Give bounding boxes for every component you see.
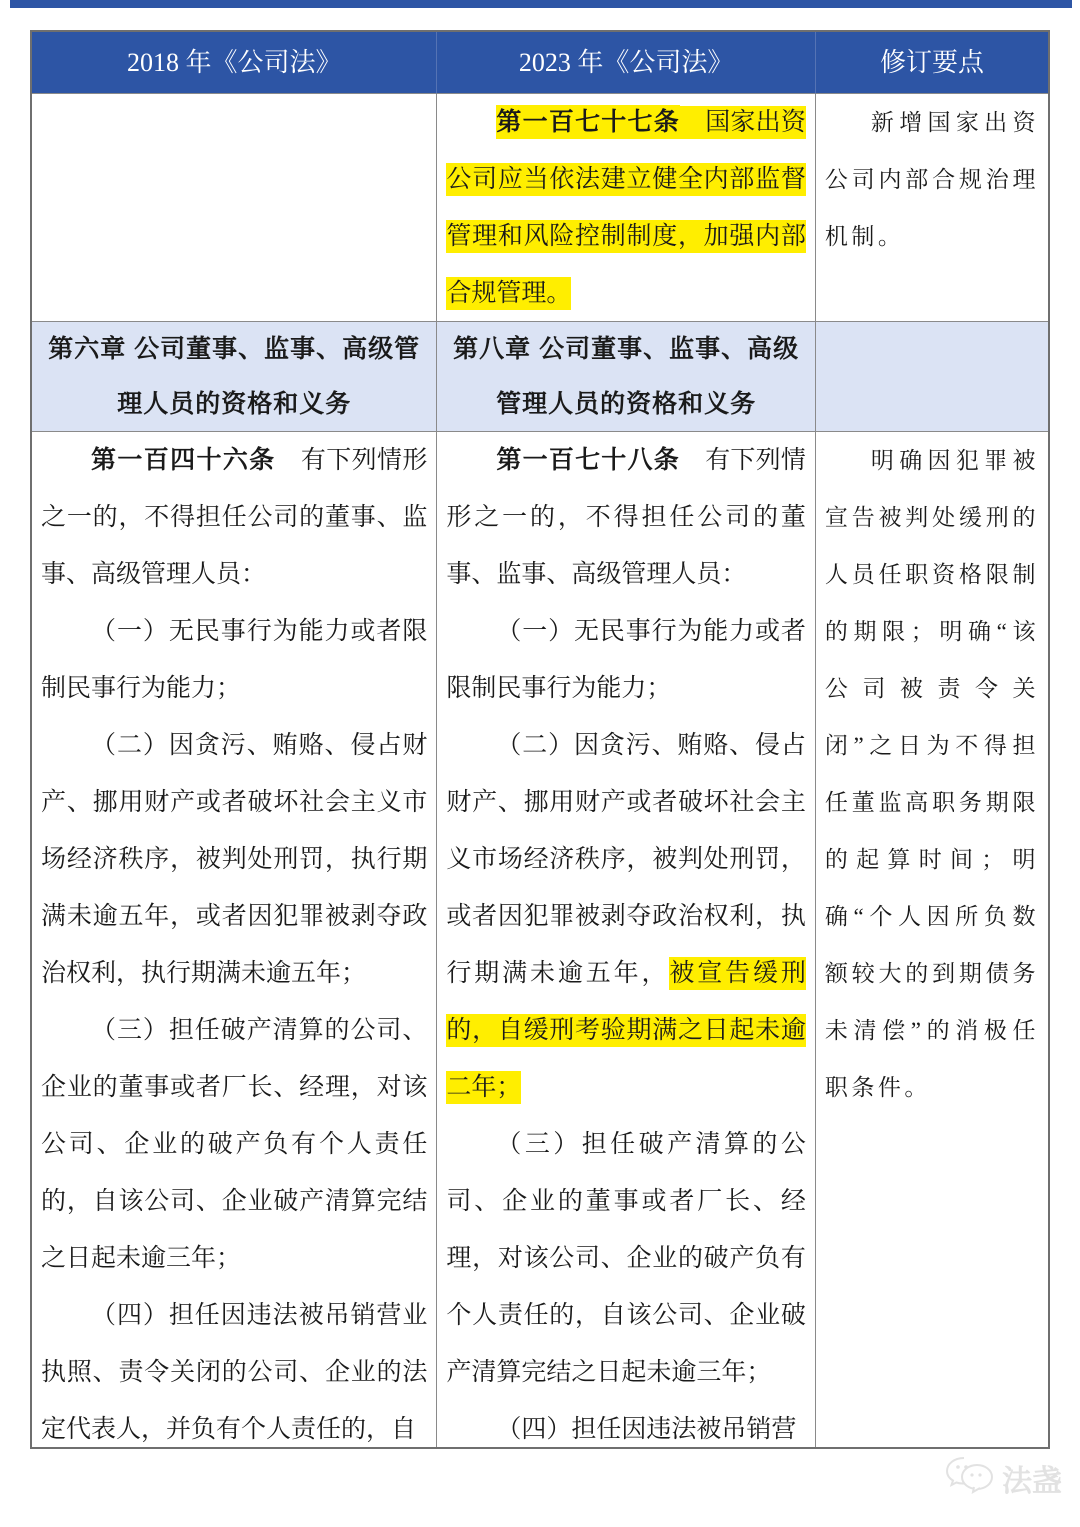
paragraph: （一）无民事行为能力或者限制民事行为能力； bbox=[41, 603, 427, 717]
text-segment: 第一百四十六条 bbox=[91, 446, 276, 474]
text-segment: （四）担任因违法被吊销营业执照、责令关闭的公司、企业的法定代表人，并负有个人责任… bbox=[41, 1302, 427, 1443]
watermark: 法盏 bbox=[944, 1455, 1062, 1500]
paragraph: 新增国家出资公司内部合规治理机制。 bbox=[825, 94, 1039, 265]
paragraph: （四）担任因违法被吊销营业执照、责令关闭的公司、企业的法定代表人，并负有个人责任… bbox=[41, 1287, 427, 1447]
previous-row-remnant-strip bbox=[10, 0, 1072, 8]
text-segment: 新增国家出资公司内部合规治理机制。 bbox=[825, 110, 1039, 249]
text-segment: （四）担任因违法被吊销营 bbox=[496, 1416, 796, 1443]
row-article-177: 第一百七十七条 国家出资公司应当依法建立健全内部监督管理和风险控制制度，加强内部… bbox=[32, 94, 1048, 322]
row-chapter-headers-cell-2 bbox=[816, 322, 1048, 432]
header-2023-law: 2023 年《公司法》 bbox=[437, 32, 816, 94]
row-chapter-headers-cell-1: 第八章 公司董事、监事、高级管理人员的资格和义务 bbox=[437, 322, 816, 432]
row-chapter-headers: 第六章 公司董事、监事、高级管理人员的资格和义务第八章 公司董事、监事、高级管理… bbox=[32, 322, 1048, 432]
wechat-bubbles-icon bbox=[944, 1455, 996, 1500]
paragraph: （二）因贪污、贿赂、侵占财产、挪用财产或者破坏社会主义市场经济秩序，被判处刑罚，… bbox=[41, 717, 427, 1002]
row-article-177-cell-1: 第一百七十七条 国家出资公司应当依法建立健全内部监督管理和风险控制制度，加强内部… bbox=[437, 94, 816, 322]
text-segment: （一）无民事行为能力或者限制民事行为能力； bbox=[41, 618, 427, 702]
text-segment: 第六章 公司董事、监事、高级管理人员的资格和义务 bbox=[48, 335, 420, 418]
text-segment: 明确因犯罪被宣告被判处缓刑的人员任职资格限制的期限；明确“该公司被责令关闭”之日… bbox=[825, 448, 1039, 1100]
paragraph: 第八章 公司董事、监事、高级管理人员的资格和义务 bbox=[446, 322, 806, 432]
header-2018-law: 2018 年《公司法》 bbox=[32, 32, 437, 94]
row-article-146-178: 第一百四十六条 有下列情形之一的，不得担任公司的董事、监事、高级管理人员：（一）… bbox=[32, 432, 1048, 1447]
paragraph: （三）担任破产清算的公司、企业的董事或者厂长、经理，对该公司、企业的破产负有个人… bbox=[446, 1116, 806, 1401]
paragraph: 第一百七十八条 有下列情形之一的，不得担任公司的董事、监事、高级管理人员： bbox=[446, 432, 806, 603]
text-segment: 第八章 公司董事、监事、高级管理人员的资格和义务 bbox=[453, 335, 799, 418]
paragraph: （二）因贪污、贿赂、侵占财产、挪用财产或者破坏社会主义市场经济秩序，被判处刑罚，… bbox=[446, 717, 806, 1116]
row-article-177-cell-0 bbox=[32, 94, 437, 322]
row-article-146-178-cell-1: 第一百七十八条 有下列情形之一的，不得担任公司的董事、监事、高级管理人员：（一）… bbox=[437, 432, 816, 1447]
paragraph: （一）无民事行为能力或者限制民事行为能力； bbox=[446, 603, 806, 717]
text-segment: （二）因贪污、贿赂、侵占财产、挪用财产或者破坏社会主义市场经济秩序，被判处刑罚，… bbox=[446, 732, 806, 987]
table-header-row: 2018 年《公司法》 2023 年《公司法》 修订要点 bbox=[32, 32, 1048, 94]
law-comparison-table: 2018 年《公司法》 2023 年《公司法》 修订要点 第一百七十七条 国家出… bbox=[30, 30, 1050, 1449]
table-body: 第一百七十七条 国家出资公司应当依法建立健全内部监督管理和风险控制制度，加强内部… bbox=[32, 94, 1048, 1447]
text-segment: （三）担任破产清算的公司、企业的董事或者厂长、经理，对该公司、企业的破产负有个人… bbox=[41, 1017, 427, 1272]
text-segment: （一）无民事行为能力或者限制民事行为能力； bbox=[446, 618, 806, 702]
highlighted-text: 第一百七十七条 bbox=[496, 105, 680, 139]
paragraph: 第六章 公司董事、监事、高级管理人员的资格和义务 bbox=[41, 322, 427, 432]
header-revision-points: 修订要点 bbox=[816, 32, 1048, 94]
paragraph: （四）担任因违法被吊销营 bbox=[446, 1401, 806, 1447]
text-segment: （三）担任破产清算的公司、企业的董事或者厂长、经理，对该公司、企业的破产负有个人… bbox=[446, 1131, 806, 1386]
paragraph: 明确因犯罪被宣告被判处缓刑的人员任职资格限制的期限；明确“该公司被责令关闭”之日… bbox=[825, 432, 1039, 1116]
paragraph: （三）担任破产清算的公司、企业的董事或者厂长、经理，对该公司、企业的破产负有个人… bbox=[41, 1002, 427, 1287]
row-article-146-178-cell-0: 第一百四十六条 有下列情形之一的，不得担任公司的董事、监事、高级管理人员：（一）… bbox=[32, 432, 437, 1447]
text-segment: 第一百七十八条 bbox=[496, 446, 680, 474]
text-segment: （二）因贪污、贿赂、侵占财产、挪用财产或者破坏社会主义市场经济秩序，被判处刑罚，… bbox=[41, 732, 427, 987]
row-chapter-headers-cell-0: 第六章 公司董事、监事、高级管理人员的资格和义务 bbox=[32, 322, 437, 432]
paragraph: 第一百四十六条 有下列情形之一的，不得担任公司的董事、监事、高级管理人员： bbox=[41, 432, 427, 603]
paragraph: 第一百七十七条 国家出资公司应当依法建立健全内部监督管理和风险控制制度，加强内部… bbox=[446, 94, 806, 322]
watermark-brand-text: 法盏 bbox=[1002, 1456, 1062, 1500]
row-article-177-cell-2: 新增国家出资公司内部合规治理机制。 bbox=[816, 94, 1048, 322]
row-article-146-178-cell-2: 明确因犯罪被宣告被判处缓刑的人员任职资格限制的期限；明确“该公司被责令关闭”之日… bbox=[816, 432, 1048, 1447]
